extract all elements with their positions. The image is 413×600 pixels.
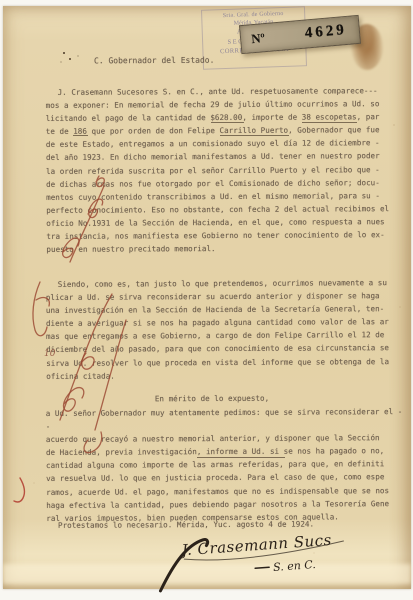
typed-underline-amount: [211, 122, 244, 123]
paper-fold-band: [3, 564, 411, 584]
merit-line: En mérito de lo expuesto,: [46, 391, 378, 406]
paragraph-2: Siendo, como es, tan justo lo que preten…: [46, 276, 405, 383]
paper-speckles: [63, 52, 65, 54]
typed-underline-carrillo: [220, 135, 289, 136]
petition-paragraph: a Ud. señor Gobernador muy atentamente p…: [46, 405, 407, 525]
closing-line: Protestamos lo necesario. Mérida, Yuc. a…: [46, 517, 404, 532]
registry-no-symbol: Nº: [250, 30, 265, 47]
registry-number: 4629: [304, 22, 347, 43]
typed-underline-186: [73, 135, 88, 136]
typed-underline-shotguns: [302, 122, 357, 123]
salutation: C. Gobernador del Estado.: [94, 54, 214, 68]
paragraph-1: J. Crasemann Sucesores S. en C., ante Ud…: [46, 84, 405, 256]
typed-underline-armas: [197, 457, 285, 458]
